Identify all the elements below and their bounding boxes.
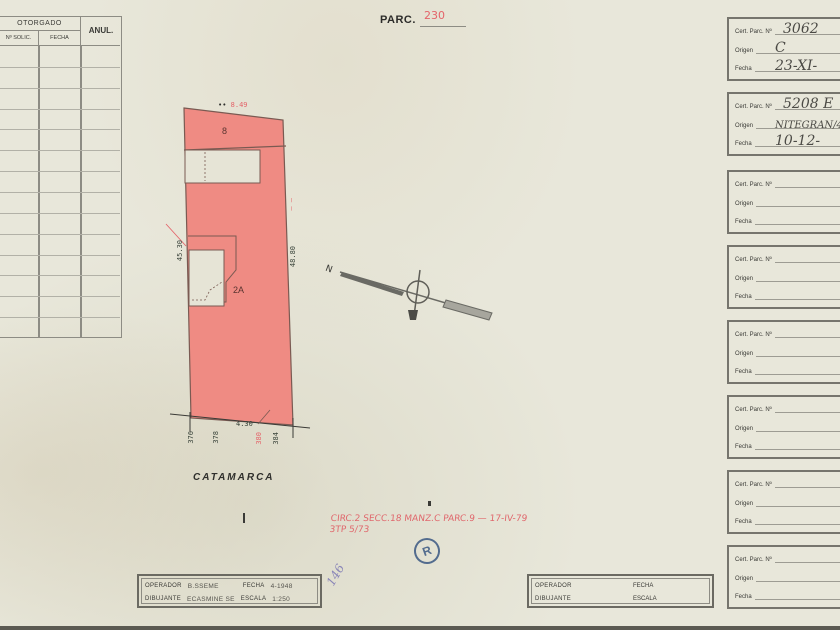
table-row-divider [0,234,120,235]
certificate-number-label: Cert. Parc. Nº [735,182,772,188]
parcel-plan-drawing [150,90,350,450]
dibujante-label: DIBUJANTE [535,596,571,602]
annotation-line-1: CIRC.2 SECC.18 MANZ.C PARC.9 — 17-IV-79 [330,514,528,525]
table-row-divider [0,109,120,110]
fecha-column-header: FECHA [39,31,81,45]
pencil-mark [428,501,431,506]
pencil-mark [243,513,245,523]
signature-box-right: OPERADOR FECHA DIBUJANTE ESCALA [527,574,714,608]
parcel-label: PARC. [380,14,416,26]
origen-value: C [775,40,786,56]
origen-value: NITEGRAN/41 [775,120,840,131]
certificate-number-label: Cert. Parc. Nº [735,257,772,263]
certificate-number-label: Cert. Parc. Nº [735,557,772,563]
fecha-row: Fecha [735,290,840,300]
escala-value: 1:250 [272,596,290,603]
table-row-divider [0,275,120,276]
certificate-number-field [775,187,840,188]
operador-label: OPERADOR [535,583,572,589]
origen-label: Origen [735,276,753,282]
origen-row: Origen [735,197,840,207]
right-dimension: 48.80 [289,246,297,267]
origen-label: Origen [735,501,753,507]
certificate-number-label: Cert. Parc. Nº [735,104,772,110]
street-number: 378 [212,431,220,444]
origen-label: Origen [735,426,753,432]
fecha-row: Fecha [735,440,840,450]
certificate-number-field [775,262,840,263]
building-footprint [185,150,260,183]
fecha-label: FECHA [243,583,265,589]
table-row-divider [0,129,120,130]
certificate-box: Cert. Parc. NºOrigenFecha [727,320,840,384]
handwritten-annotation: CIRC.2 SECC.18 MANZ.C PARC.9 — 17-IV-79 … [329,514,528,536]
certificate-number-row: Cert. Parc. Nº [735,478,840,488]
right-dimension-red: — — [287,198,295,211]
certificate-number-label: Cert. Parc. Nº [735,29,772,35]
street-number: 380 [255,432,263,445]
anul-column-header: ANUL. [81,17,121,45]
fecha-row: Fecha [735,515,840,525]
table-row-divider [0,171,120,172]
table-row-divider [0,67,120,68]
fecha-field [755,524,840,525]
certificate-box: Cert. Parc. NºOrigenFecha [727,245,840,309]
front-dimension: 4.30 [236,420,253,428]
table-row-divider [0,255,120,256]
fecha-field [755,599,840,600]
table-row-divider [0,296,120,297]
violet-handwritten-mark: 146 [324,562,348,589]
certificate-number-label: Cert. Parc. Nº [735,332,772,338]
origen-label: Origen [735,351,753,357]
origen-row: Origen [735,272,840,282]
top-dimension: •• 8.49 [218,101,248,109]
fecha-label: Fecha [735,519,752,525]
escala-label: ESCALA [633,596,657,602]
origen-label: Origen [735,48,753,54]
certificate-number-row: Cert. Parc. Nº [735,403,840,413]
certificate-box: Cert. Parc. NºOrigenFecha [727,395,840,459]
origen-row: Origen [735,497,840,507]
circled-stamp: R [410,534,443,567]
fecha-label: Fecha [735,294,752,300]
origen-row: Origen [735,347,840,357]
certificate-number-value: 5208 E [783,96,833,112]
otorgado-table: OTORGADO Nº SOLIC. FECHA ANUL. [0,16,122,338]
certificate-box: Cert. Parc. Nº5208 EOrigenNITEGRAN/41Fec… [727,92,840,156]
fecha-field [755,224,840,225]
annotation-line-2: 3TP 5/73 [329,525,527,536]
certificate-number-row: Cert. Parc. Nº5208 E [735,100,840,110]
origen-field [756,506,840,507]
origen-field [756,431,840,432]
fecha-row: Fecha [735,590,840,600]
certificate-number-value: 3062 [783,21,819,37]
fecha-row: Fecha23-XI- [735,62,840,72]
origen-label: Origen [735,123,753,129]
fecha-row: Fecha10-12- [735,137,840,147]
fecha-field [755,299,840,300]
origen-field [756,281,840,282]
fecha-label: Fecha [735,219,752,225]
certificate-number-row: Cert. Parc. Nº3062 [735,25,840,35]
operador-label: OPERADOR [145,583,182,589]
fecha-label: Fecha [735,141,752,147]
lot-label-2a: 2A [233,285,244,295]
origen-label: Origen [735,201,753,207]
escala-label: ESCALA [241,596,266,602]
table-row-divider [0,150,120,151]
certificate-number-field [775,487,840,488]
operador-value: B.SSEME [188,583,219,590]
origen-row: OrigenC [735,44,840,54]
fecha-row: Fecha [735,215,840,225]
origen-row: Origen [735,572,840,582]
fecha-row: Fecha [735,365,840,375]
origen-field [756,53,840,54]
table-row-divider [0,88,120,89]
origen-field [756,206,840,207]
origen-field [756,581,840,582]
fecha-field [755,374,840,375]
fecha-label: Fecha [735,369,752,375]
certificate-number-row: Cert. Parc. Nº [735,253,840,263]
cadastral-sheet: OTORGADO Nº SOLIC. FECHA ANUL. PARC. 230… [0,0,840,630]
table-row-divider [0,317,120,318]
street-number: 384 [272,432,280,445]
dibujante-label: DIBUJANTE [145,596,181,602]
north-arrow-icon: N [322,258,502,328]
fecha-value: 10-12- [775,133,820,149]
lot-label-8: 8 [222,126,227,136]
certificate-box: Cert. Parc. NºOrigenFecha [727,170,840,234]
otorgado-table-body [0,45,120,337]
certificate-box: Cert. Parc. Nº3062OrigenCFecha23-XI- [727,17,840,81]
otorgado-header: OTORGADO [0,17,81,31]
origen-row: OrigenNITEGRAN/41 [735,119,840,129]
left-dimension: 45.30 [176,240,184,261]
fecha-label: Fecha [735,444,752,450]
table-row-divider [0,213,120,214]
origen-field [756,356,840,357]
table-row-divider [0,192,120,193]
certificate-box: Cert. Parc. NºOrigenFecha [727,545,840,609]
fecha-label: Fecha [735,66,752,72]
certificate-number-label: Cert. Parc. Nº [735,482,772,488]
fecha-label: FECHA [633,583,653,589]
certificate-number-row: Cert. Parc. Nº [735,328,840,338]
street-name: CATAMARCA [193,472,275,483]
fecha-value: 23-XI- [775,58,817,74]
scan-edge [0,626,840,630]
signature-box-left: OPERADOR B.SSEME FECHA 4-1948 DIBUJANTE … [137,574,322,608]
certificate-number-field [775,337,840,338]
certificate-number-field [775,562,840,563]
certificate-number-field [775,412,840,413]
origen-row: Origen [735,422,840,432]
fecha-field [755,449,840,450]
certificate-box: Cert. Parc. NºOrigenFecha [727,470,840,534]
fecha-label: Fecha [735,594,752,600]
svg-text:N: N [324,264,334,276]
origen-label: Origen [735,576,753,582]
fecha-value: 4-1948 [271,583,293,590]
certificate-number-label: Cert. Parc. Nº [735,407,772,413]
certificate-number-row: Cert. Parc. Nº [735,178,840,188]
dibujante-value: ECASMINE SE [187,596,235,603]
solicitud-column-header: Nº SOLIC. [0,31,39,45]
street-number: 376 [187,431,195,444]
certificate-number-row: Cert. Parc. Nº [735,553,840,563]
parcel-number: 230 [420,9,466,27]
